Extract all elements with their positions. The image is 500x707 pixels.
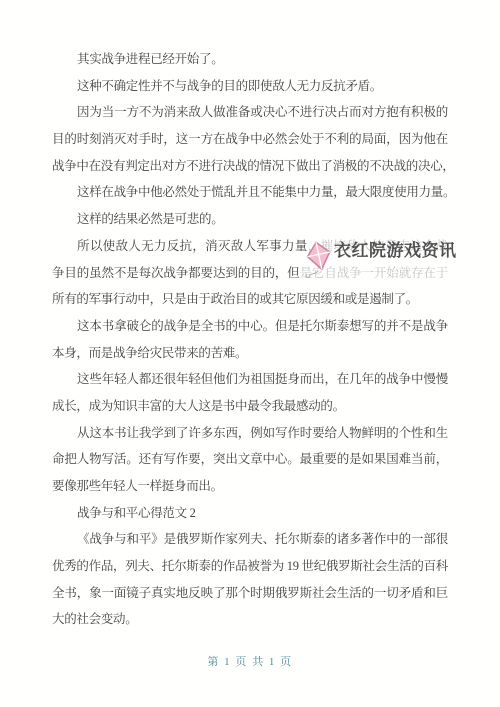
text-segment: 从这本书让我学到了许多东西，例如写作时要给人物鲜明的个性和生: [77, 426, 448, 440]
text-line: 战争与和平心得范文 2: [52, 500, 448, 527]
text-segment: 战争与和平心得范文 2: [77, 506, 196, 520]
text-segment: 这本书拿破仑的战争是全书的中心。但是托尔斯泰想写的并不是战争: [77, 319, 448, 333]
text-segment: 所以使敌人无力反抗，消灭敌人军事力量: [77, 239, 308, 253]
text-line: 这些年轻人都还很年轻但他们为祖国挺身而出，在几年的战争中慢慢: [52, 366, 448, 393]
text-segment: 其实战争进程已经开始了。: [77, 52, 223, 66]
text-segment: 是它自战争一开始就存在于: [300, 266, 448, 280]
text-segment: 本身，而是战争给灾民带来的苦难。: [52, 346, 247, 360]
text-line: 优秀的作品，列夫、托尔斯泰的作品被誉为 19 世纪俄罗斯社会生活的百科: [52, 553, 448, 580]
text-segment: 因为当一方不为消来敌人做准备或决心不进行决占而对方抱有积极的: [77, 105, 448, 119]
text-segment: 这些年轻人都还很年轻但他们为祖国挺身而出，在几年的战争中慢慢: [77, 372, 448, 386]
text-line: 这样在战争中他必然处于慌乱并且不能集中力量，最大限度使用力量。: [52, 179, 448, 206]
text-segment: 《战争与和平》是俄罗斯作家列夫、托尔斯泰的诸多著作中的一部很: [77, 532, 448, 546]
text-segment: 命把人物写活。还有写作要，突出文章中心。最重要的是如果国难当前，: [52, 452, 448, 466]
text-line: 因为当一方不为消来敌人做准备或决心不进行决占而对方抱有积极的: [52, 99, 448, 126]
text-line: 从这本书让我学到了许多东西，例如写作时要给人物鲜明的个性和生: [52, 420, 448, 447]
document-page: 其实战争进程已经开始了。这种不确定性并不与战争的目的即使敌人无力反抗矛盾。因为当…: [0, 0, 500, 707]
text-segment: 这种不确定性并不与战争的目的即使敌人无力反抗矛盾。: [77, 79, 382, 93]
text-segment: 这样在战争中他必然处于慌乱并且不能集中力量，最大限度使用力量。: [77, 185, 455, 199]
text-line: 本身，而是战争给灾民带来的苦难。: [52, 340, 448, 367]
text-segment: 争目的虽然不是每次战争都要达到的目的，但: [52, 266, 300, 280]
text-line: 这样的结果必然是可悲的。: [52, 206, 448, 233]
text-line: 其实战争进程已经开始了。: [52, 46, 448, 73]
text-line: 目的时刻消灭对手时，这一方在战争中必然会处于不利的局面，因为他在: [52, 126, 448, 153]
text-line: 全书，象一面镜子真实地反映了那个时期俄罗斯社会生活的一切矛盾和巨: [52, 580, 448, 607]
text-line: 争目的虽然不是每次战争都要达到的目的，但是它自战争一开始就存在于: [52, 260, 448, 287]
text-line: 命把人物写活。还有写作要，突出文章中心。最重要的是如果国难当前，: [52, 446, 448, 473]
text-line: 这种不确定性并不与战争的目的即使敌人无力反抗矛盾。: [52, 73, 448, 100]
page-footer: 第 1 页 共 1 页: [52, 653, 448, 669]
text-line: 所有的军事行动中，只是由于政治目的或其它原因缓和或是遏制了。: [52, 286, 448, 313]
document-body: 其实战争进程已经开始了。这种不确定性并不与战争的目的即使敌人无力反抗矛盾。因为当…: [52, 46, 448, 633]
text-segment: 这样的结果必然是可悲的。: [77, 212, 223, 226]
text-line: 这本书拿破仑的战争是全书的中心。但是托尔斯泰想写的并不是战争: [52, 313, 448, 340]
text-line: 所以使敌人无力反抗，消灭敌人军事力量，摧垮敌人的意志这个战: [52, 233, 448, 260]
text-segment: 成长，成为知识丰富的大人这是书中最令我最感动的。: [52, 399, 345, 413]
text-segment: 战争中在没有判定出对方不进行决战的情况下做出了消极的不决战的决心，: [52, 159, 455, 173]
text-segment: 全书，象一面镜子真实地反映了那个时期俄罗斯社会生活的一切矛盾和巨: [52, 586, 448, 600]
text-segment: 所有的军事行动中，只是由于政治目的或其它原因缓和或是遏制了。: [52, 292, 418, 306]
text-line: 成长，成为知识丰富的大人这是书中最令我最感动的。: [52, 393, 448, 420]
text-line: 战争中在没有判定出对方不进行决战的情况下做出了消极的不决战的决心，: [52, 153, 448, 180]
text-segment: 要像那些年轻人一样挺身而出。: [52, 479, 223, 493]
text-segment: 优秀的作品，列夫、托尔斯泰的作品被誉为 19 世纪俄罗斯社会生活的百科: [52, 559, 448, 573]
text-line: 要像那些年轻人一样挺身而出。: [52, 473, 448, 500]
text-line: 《战争与和平》是俄罗斯作家列夫、托尔斯泰的诸多著作中的一部很: [52, 526, 448, 553]
text-line: 大的社会变动。: [52, 606, 448, 633]
text-segment: 目的时刻消灭对手时，这一方在战争中必然会处于不利的局面，因为他在: [52, 132, 448, 146]
text-segment: ，摧垮敌人的意志这个战: [308, 239, 448, 253]
text-segment: 大的社会变动。: [52, 612, 137, 626]
